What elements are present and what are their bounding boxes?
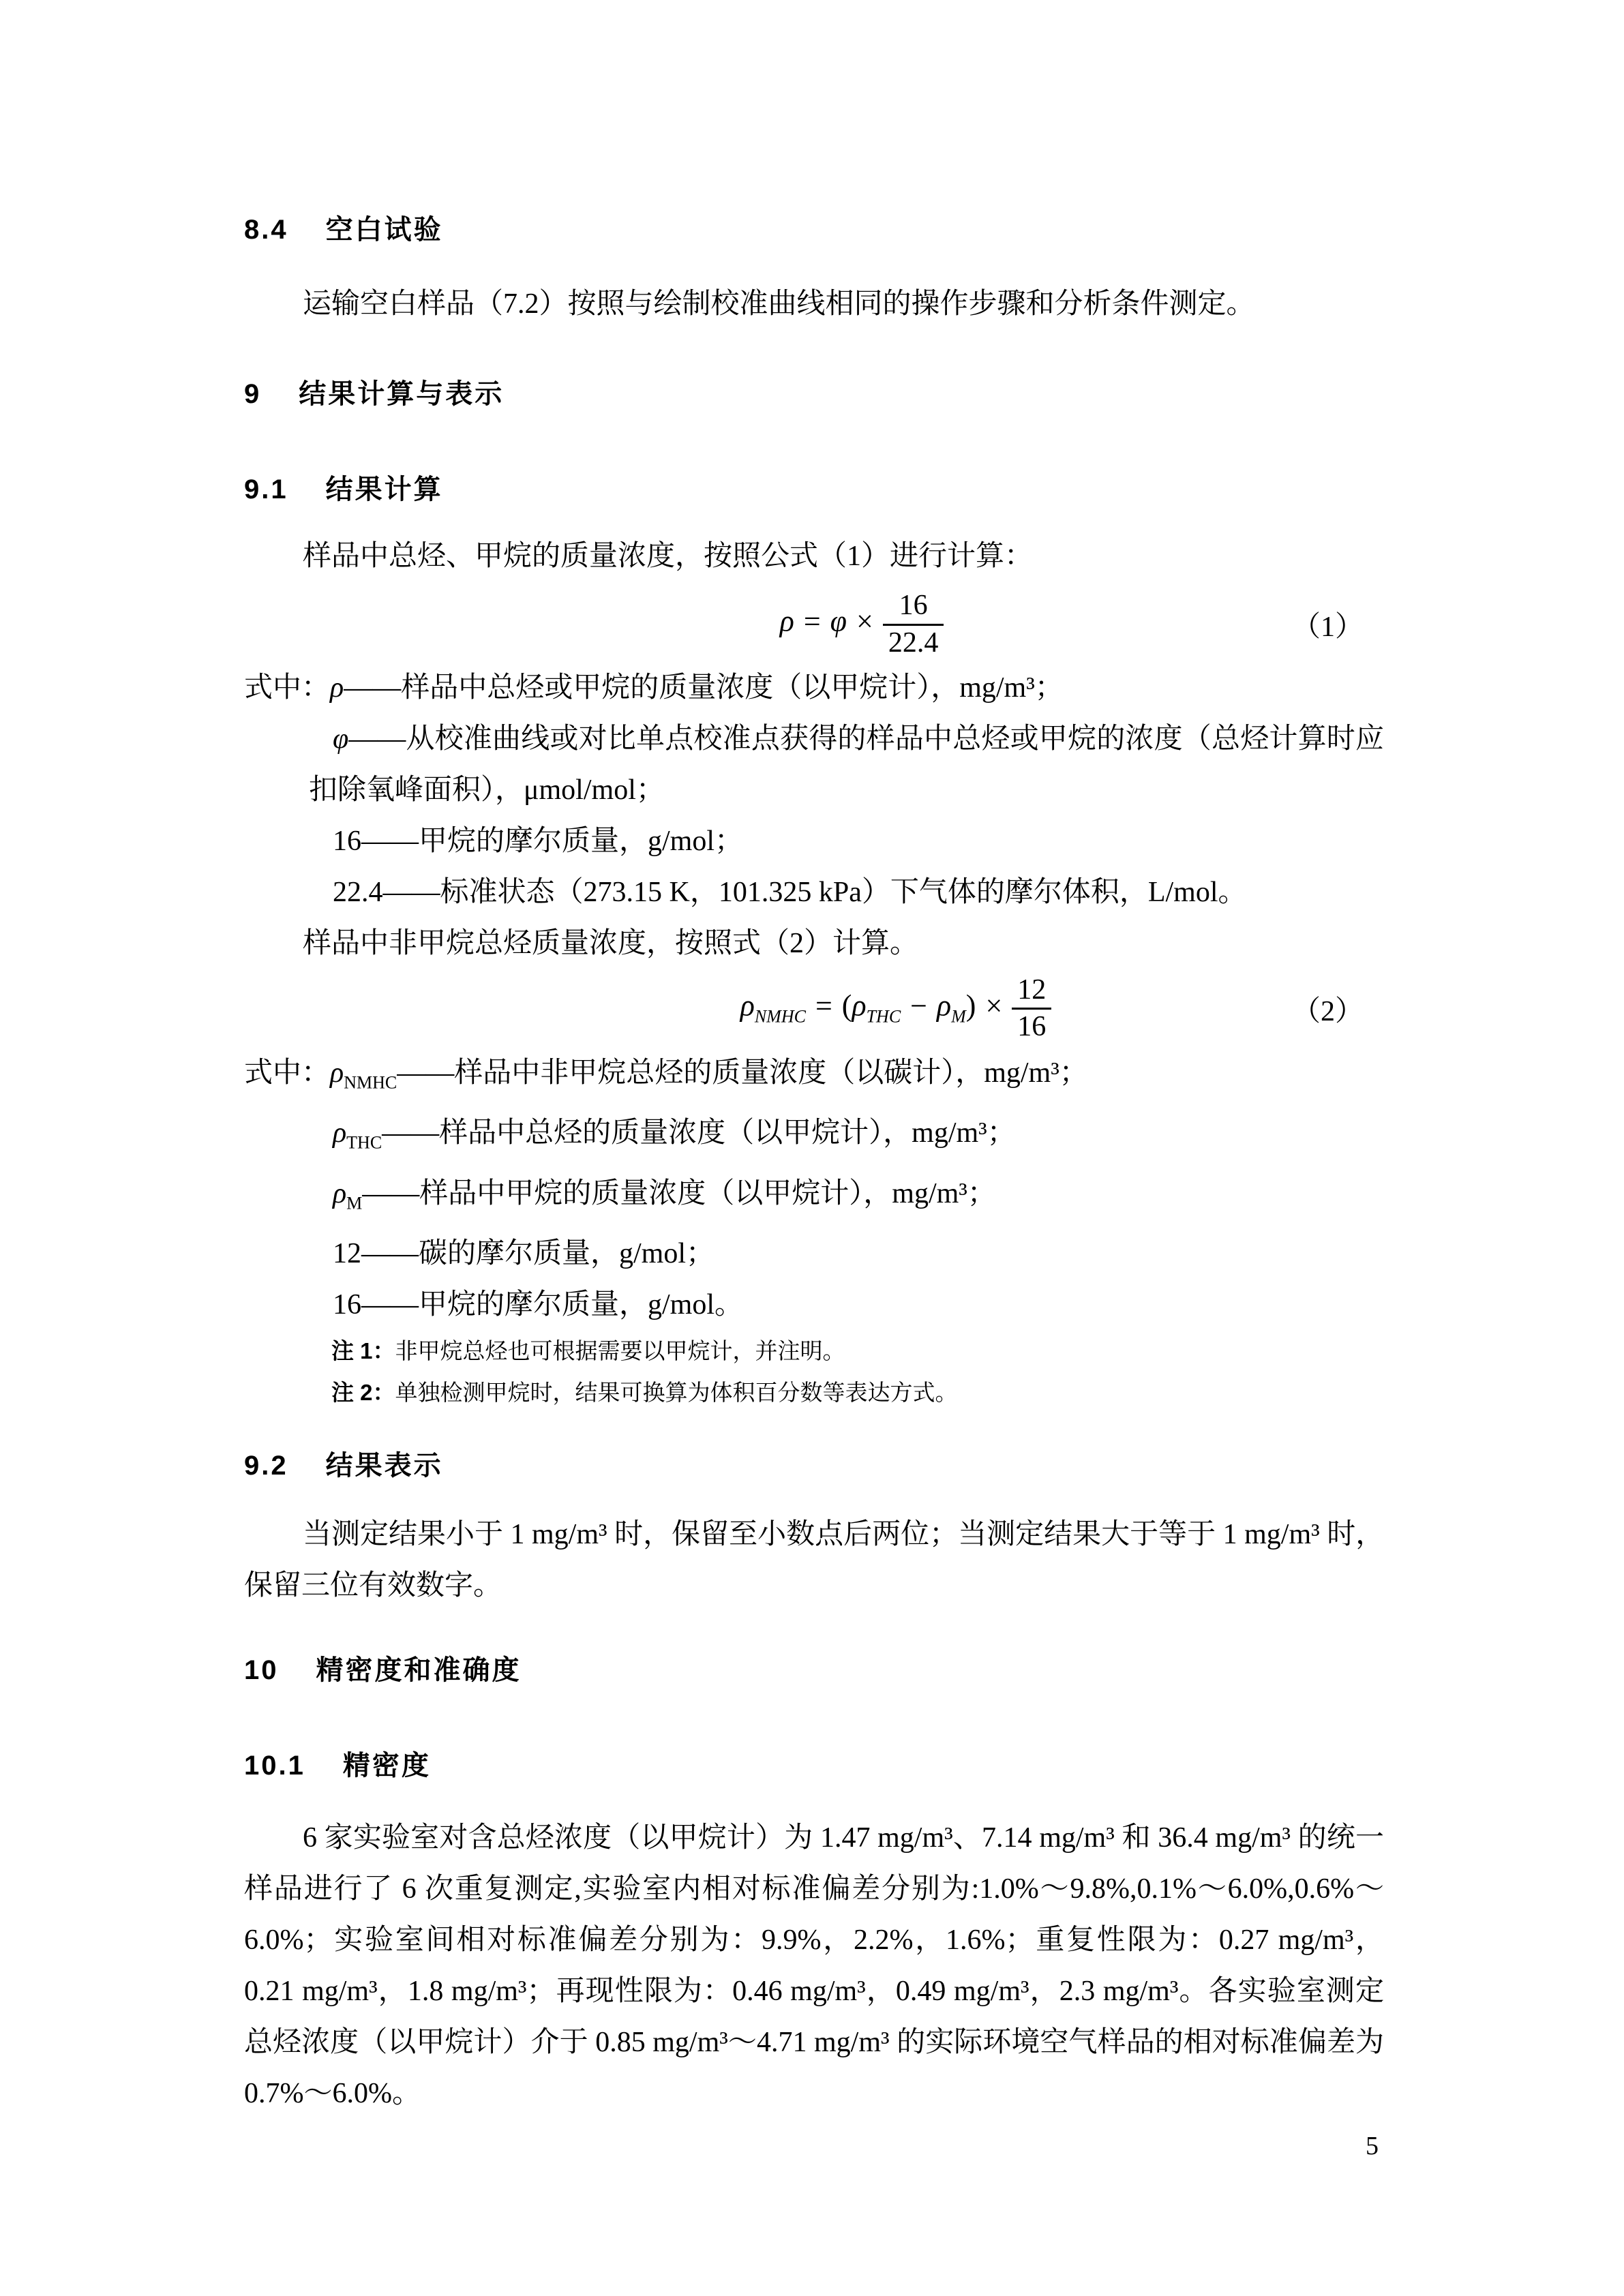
- paragraph-precision-line-5: 总烃浓度（以甲烷计）介于 0.85 mg/m³～4.71 mg/m³ 的实际环境…: [244, 2017, 1384, 2068]
- note-1-text: 非甲烷总烃也可根据需要以甲烷计，并注明。: [395, 1340, 845, 1364]
- note-2-text: 单独检测甲烷时，结果可换算为体积百分数等表达方式。: [395, 1381, 958, 1406]
- formula-2-numerator: 12: [1012, 974, 1051, 1010]
- formula-2-thc-subscript: THC: [867, 1006, 901, 1026]
- formula-2-minus-sign: −: [910, 989, 927, 1023]
- formula-2-denominator: 16: [1012, 1010, 1051, 1043]
- definition-16b-text: ——甲烷的摩尔质量，g/mol。: [361, 1289, 743, 1320]
- paragraph-formula-1-intro: 样品中总烃、甲烷的质量浓度，按照公式（1）进行计算：: [244, 531, 1384, 582]
- formula-1-label: （1）: [1292, 604, 1364, 645]
- heading-9-2-title: 结果表示: [326, 1451, 443, 1481]
- definition-phi-symbol: φ: [333, 723, 348, 755]
- formula-2-expression: ρNMHC=(ρTHC−ρM)×1216: [740, 974, 1052, 1043]
- definition-rho-nmhc: 式中：ρNMHC——样品中非甲烷总烃的质量浓度（以碳计），mg/m³；: [244, 1048, 1384, 1108]
- heading-9-number: 9: [244, 379, 261, 409]
- definition-methane-molar-mass: 16——甲烷的摩尔质量，g/mol；: [244, 816, 1384, 867]
- formula-2-rho-thc-symbol: ρ: [852, 989, 866, 1023]
- formula-2-close-paren: ): [966, 989, 976, 1023]
- definition-22-4-text: ——标准状态（273.15 K，101.325 kPa）下气体的摩尔体积，L/m…: [383, 877, 1247, 908]
- heading-10-title: 精密度和准确度: [316, 1655, 522, 1685]
- formula-1-phi-symbol: φ: [830, 605, 847, 638]
- heading-8-4-number: 8.4: [244, 215, 288, 245]
- definition-phi-continued: 扣除氧峰面积），μmol/mol；: [244, 765, 1384, 816]
- definition-thc-text: ——样品中总烃的质量浓度（以甲烷计），mg/m³；: [382, 1117, 1016, 1149]
- definition-rho-symbol: ρ: [330, 672, 344, 704]
- heading-8-4: 8.4空白试验: [244, 213, 1384, 247]
- paragraph-precision-line-6: 0.7%～6.0%。: [244, 2068, 1384, 2119]
- formula-1-expression: ρ=φ×1622.4: [780, 590, 944, 659]
- definition-16-text: ——甲烷的摩尔质量，g/mol；: [361, 826, 743, 857]
- formula-2-rho-nmhc-symbol: ρ: [740, 989, 755, 1023]
- definition-thc-subscript: THC: [346, 1133, 382, 1153]
- heading-10-1-title: 精密度: [343, 1751, 431, 1781]
- heading-9-2-number: 9.2: [244, 1451, 288, 1481]
- formula-2-label: （2）: [1292, 988, 1364, 1029]
- definition-rho-text: ——样品中总烃或甲烷的质量浓度（以甲烷计），mg/m³；: [344, 672, 1064, 704]
- note-2-label: 注 2：: [331, 1380, 395, 1405]
- heading-10-1: 10.1精密度: [244, 1749, 1384, 1783]
- formula-2: ρNMHC=(ρTHC−ρM)×1216 （2）: [244, 969, 1384, 1048]
- definition-nmhc-text: ——样品中非甲烷总烃的质量浓度（以碳计），mg/m³；: [397, 1057, 1088, 1089]
- heading-10: 10精密度和准确度: [244, 1653, 1384, 1687]
- definition-16-symbol: 16: [333, 826, 361, 857]
- heading-9-1: 9.1结果计算: [244, 472, 1384, 507]
- heading-8-4-title: 空白试验: [326, 215, 443, 245]
- page-number: 5: [244, 2130, 1384, 2162]
- note-1-label: 注 1：: [331, 1338, 395, 1363]
- formula-1: ρ=φ×1622.4 （1）: [244, 586, 1384, 663]
- definition-m-subscript: M: [346, 1193, 362, 1213]
- paragraph-formula-2-intro: 样品中非甲烷总烃质量浓度，按照式（2）计算。: [244, 918, 1384, 969]
- note-2: 注 2：单独检测甲烷时，结果可换算为体积百分数等表达方式。: [244, 1372, 1384, 1414]
- paragraph-result-expression-line-1: 当测定结果小于 1 mg/m³ 时，保留至小数点后两位；当测定结果大于等于 1 …: [244, 1509, 1384, 1560]
- definition-m-text: ——样品中甲烷的质量浓度（以甲烷计），mg/m³；: [362, 1178, 996, 1209]
- definition-rho-thc: ρTHC——样品中总烃的质量浓度（以甲烷计），mg/m³；: [244, 1108, 1384, 1168]
- paragraph-blank-test: 运输空白样品（7.2）按照与绘制校准曲线相同的操作步骤和分析条件测定。: [244, 279, 1384, 330]
- formula-2-fraction: 1216: [1012, 974, 1051, 1043]
- paragraph-precision-line-2: 样品进行了 6 次重复测定,实验室内相对标准偏差分别为:1.0%～9.8%,0.…: [244, 1864, 1384, 1915]
- heading-9-title: 结果计算与表示: [299, 379, 504, 409]
- formula-2-m-subscript: M: [951, 1006, 966, 1026]
- heading-9: 9结果计算与表示: [244, 377, 1384, 411]
- definition-nmhc-prefix: 式中：: [244, 1057, 330, 1089]
- formula-1-denominator: 22.4: [883, 626, 944, 659]
- definition-m-symbol: ρ: [333, 1178, 346, 1209]
- definition-rho-m: ρM——样品中甲烷的质量浓度（以甲烷计），mg/m³；: [244, 1168, 1384, 1228]
- heading-10-number: 10: [244, 1655, 279, 1685]
- note-1: 注 1：非甲烷总烃也可根据需要以甲烷计，并注明。: [244, 1331, 1384, 1372]
- paragraph-precision-line-4: 0.21 mg/m³，1.8 mg/m³；再现性限为：0.46 mg/m³，0.…: [244, 1966, 1384, 2017]
- formula-2-times-sign: ×: [985, 989, 1002, 1023]
- heading-9-2: 9.2结果表示: [244, 1449, 1384, 1483]
- definition-12-symbol: 12: [333, 1238, 361, 1269]
- definition-rho-prefix: 式中：: [244, 672, 330, 704]
- document-page: 8.4空白试验 运输空白样品（7.2）按照与绘制校准曲线相同的操作步骤和分析条件…: [0, 0, 1624, 2296]
- formula-1-times-sign: ×: [856, 605, 873, 638]
- definition-phi-text: ——从校准曲线或对比单点校准点获得的样品中总烃或甲烷的浓度（总烃计算时应: [348, 723, 1384, 755]
- definition-nmhc-symbol: ρ: [330, 1057, 344, 1089]
- definition-carbon-molar-mass: 12——碳的摩尔质量，g/mol；: [244, 1228, 1384, 1280]
- definition-16b-symbol: 16: [333, 1289, 361, 1320]
- definition-12-text: ——碳的摩尔质量，g/mol；: [361, 1238, 715, 1269]
- definition-rho: 式中：ρ——样品中总烃或甲烷的质量浓度（以甲烷计），mg/m³；: [244, 663, 1384, 714]
- formula-1-equals-sign: =: [804, 605, 821, 638]
- heading-9-1-title: 结果计算: [326, 474, 443, 504]
- formula-2-nmhc-subscript: NMHC: [755, 1006, 806, 1026]
- formula-2-rho-m-symbol: ρ: [937, 989, 951, 1023]
- definition-nmhc-subscript: NMHC: [344, 1072, 397, 1092]
- formula-1-rho-symbol: ρ: [780, 605, 794, 638]
- heading-10-1-number: 10.1: [244, 1751, 305, 1781]
- paragraph-result-expression-line-2: 保留三位有效数字。: [244, 1560, 1384, 1612]
- formula-1-numerator: 16: [883, 590, 944, 625]
- definition-phi: φ——从校准曲线或对比单点校准点获得的样品中总烃或甲烷的浓度（总烃计算时应: [244, 714, 1384, 765]
- definition-thc-symbol: ρ: [333, 1117, 346, 1149]
- paragraph-precision-line-3: 6.0%；实验室间相对标准偏差分别为：9.9%，2.2%，1.6%；重复性限为：…: [244, 1915, 1384, 1966]
- heading-9-1-number: 9.1: [244, 474, 288, 504]
- paragraph-precision-line-1: 6 家实验室对含总烃浓度（以甲烷计）为 1.47 mg/m³、7.14 mg/m…: [244, 1813, 1384, 1864]
- formula-2-open-paren: (: [842, 989, 852, 1023]
- definition-methane-molar-mass-2: 16——甲烷的摩尔质量，g/mol。: [244, 1280, 1384, 1331]
- definition-22-4-symbol: 22.4: [333, 877, 383, 908]
- formula-2-equals-sign: =: [815, 989, 832, 1023]
- definition-molar-volume: 22.4——标准状态（273.15 K，101.325 kPa）下气体的摩尔体积…: [244, 867, 1384, 918]
- formula-1-fraction: 1622.4: [883, 590, 944, 659]
